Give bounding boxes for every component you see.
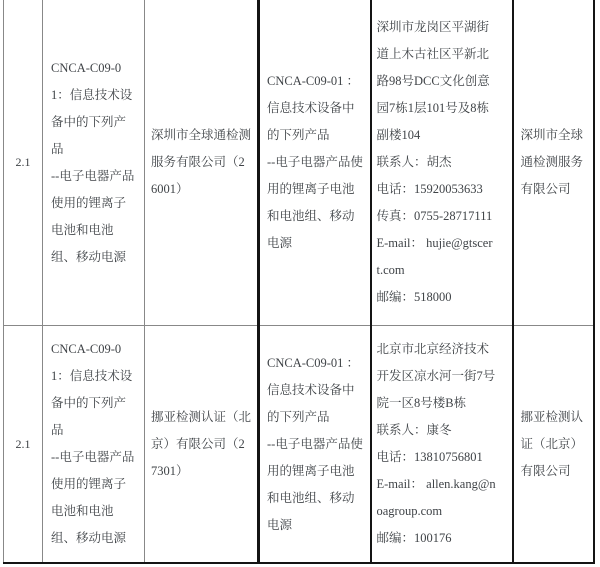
table-row: 2.1 CNCA-C09-0 1：信息技术设 备中的下列产 品 --电子电器产品… <box>4 326 594 564</box>
certification-table: 2.1 CNCA-C09-0 1：信息技术设 备中的下列产 品 --电子电器产品… <box>3 0 595 564</box>
lab-name-cell: 挪亚检测认 证（北京） 有限公司 <box>513 326 594 564</box>
contact-info-cell: 北京市北京经济技术 开发区凉水河一街7号 院一区8号楼B栋 联系人：康冬 电话：… <box>371 326 513 564</box>
certification-table-page: 2.1 CNCA-C09-0 1：信息技术设 备中的下列产 品 --电子电器产品… <box>0 0 600 567</box>
table-row: 2.1 CNCA-C09-0 1：信息技术设 备中的下列产 品 --电子电器产品… <box>4 0 594 326</box>
product-scope-cell-left: CNCA-C09-0 1：信息技术设 备中的下列产 品 --电子电器产品 使用的… <box>43 326 145 564</box>
lab-name-cell: 深圳市全球 通检测服务 有限公司 <box>513 0 594 326</box>
product-scope-cell-right: CNCA-C09-01 ： 信息技术设备中 的下列产品 --电子电器产品使 用的… <box>259 326 371 564</box>
row-number-cell: 2.1 <box>4 0 43 326</box>
product-scope-cell-right: CNCA-C09-01 ： 信息技术设备中 的下列产品 --电子电器产品使 用的… <box>259 0 371 326</box>
certification-body-cell: 挪亚检测认证（北 京）有限公司（2 7301） <box>145 326 259 564</box>
row-number-cell: 2.1 <box>4 326 43 564</box>
certification-body-cell: 深圳市全球通检测 服务有限公司（2 6001） <box>145 0 259 326</box>
contact-info-cell: 深圳市龙岗区平湖街 道上木古社区平新北 路98号DCC文化创意 园7栋1层101… <box>371 0 513 326</box>
product-scope-cell-left: CNCA-C09-0 1：信息技术设 备中的下列产 品 --电子电器产品 使用的… <box>43 0 145 326</box>
